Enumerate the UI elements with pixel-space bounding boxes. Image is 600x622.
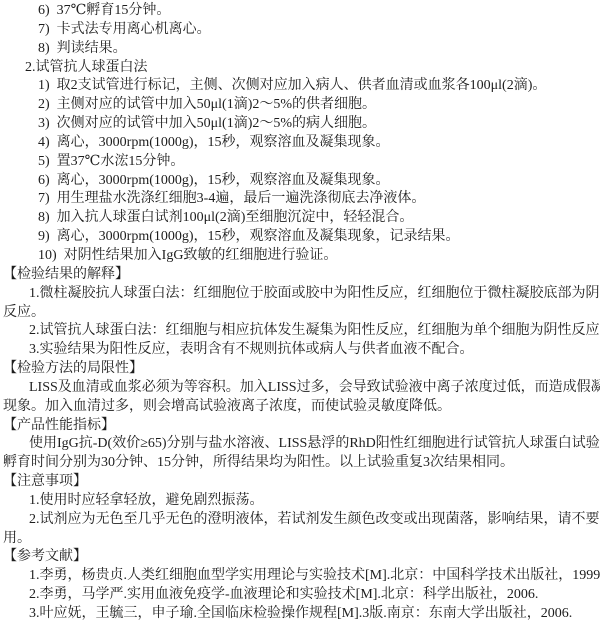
list-item: 7) 卡式法专用离心机离心。 (3, 21, 596, 40)
paragraph-line: 反应。 (3, 304, 596, 323)
list-item: 5) 置37℃水浤15分钟。 (3, 153, 596, 172)
paragraph-line: 1.使用时应轻拿轻放，避免剧烈振荡。 (3, 492, 596, 511)
section-header: 【产品性能指标】 (3, 417, 596, 436)
list-item: 9) 离心，3000rpm(1000g)，15秒，观察溶血及凝集现象，记录结果。 (3, 228, 596, 247)
paragraph-line: 现象。加入血清过多，则会增高试验液离子浓度，而使试验灵敏度降低。 (3, 398, 596, 417)
paragraph-line: 用。 (3, 530, 596, 549)
list-item: 7) 用生理盐水洗涤红细胞3-4遍，最后一遍洗涤彻底去净液体。 (3, 190, 596, 209)
list-item: 3) 次侧对应的试管中加入50μl(1滴)2～5%的病人细胞。 (3, 115, 596, 134)
list-item: 8) 加入抗人球蛋白试剂100μl(2滴)至细胞沉淀中，轻轻混合。 (3, 209, 596, 228)
section-header: 【参考文献】 (3, 548, 596, 567)
section-header: 【检验结果的解释】 (3, 266, 596, 285)
paragraph-line: 2.试管抗人球蛋白法：红细胞与相应抗体发生凝集为阳性反应，红细胞为单个细胞为阴性… (3, 322, 596, 341)
list-item: 2) 主侧对应的试管中加入50μl(1滴)2～5%的供者细胞。 (3, 96, 596, 115)
paragraph-line: 3.叶应妩，王毓三，申子瑜.全国临床检验操作规程[M].3版.南京：东南大学出版… (3, 605, 596, 622)
list-item: 6) 离心，3000rpm(1000g)，15秒，观察溶血及凝集现象。 (3, 172, 596, 191)
list-item: 10) 对阴性结果加入IgG致敏的红细胞进行验证。 (3, 247, 596, 266)
section-header: 【注意事项】 (3, 473, 596, 492)
paragraph-line: 孵育时间分别为30分钟、15分钟，所得结果均为阳性。以上试验重复3次结果相同。 (3, 454, 596, 473)
paragraph-line: 1.李勇，杨贵贞.人类红细胞血型学实用理论与实验技术[M].北京：中国科学技术出… (3, 567, 596, 586)
list-item: 8) 判读结果。 (3, 40, 596, 59)
list-item: 4) 离心，3000rpm(1000g)，15秒，观察溶血及凝集现象。 (3, 134, 596, 153)
paragraph-line: 2.试剂应为无色至几乎无色的澄明液体，若试剂发生颜色改变或出现菌落，影响结果，请… (3, 511, 596, 530)
document-page: 6) 37℃孵育15分钟。 7) 卡式法专用离心机离心。 8) 判读结果。 2.… (0, 0, 600, 622)
paragraph-line: 2.李勇，马学严.实用血液免疫学-血液理论和实验技术[M].北京：科学出版社，2… (3, 586, 596, 605)
list-item: 6) 37℃孵育15分钟。 (3, 2, 596, 21)
paragraph-line: 3.实验结果为阳性反应，表明含有不规则抗体或病人与供者血液不配合。 (3, 341, 596, 360)
paragraph-line: 1.微柱凝胶抗人球蛋白法：红细胞位于胶面或胶中为阳性反应，红细胞位于微柱凝胶底部… (3, 285, 596, 304)
section-header: 【检验方法的局限性】 (3, 360, 596, 379)
list-item: 1) 取2支试管进行标记，主侧、次侧对应加入病人、供者血清或血浆各100μl(2… (3, 77, 596, 96)
paragraph-line: 使用IgG抗-D(效价≥65)分别与盐水溶液、LISS悬浮的RhD阳性红细胞进行… (3, 435, 596, 454)
paragraph-line: LISS及血清或血浆必须为等容积。加入LISS过多，会导致试验液中离子浓度过低，… (3, 379, 596, 398)
list-item: 2.试管抗人球蛋白法 (3, 59, 596, 78)
